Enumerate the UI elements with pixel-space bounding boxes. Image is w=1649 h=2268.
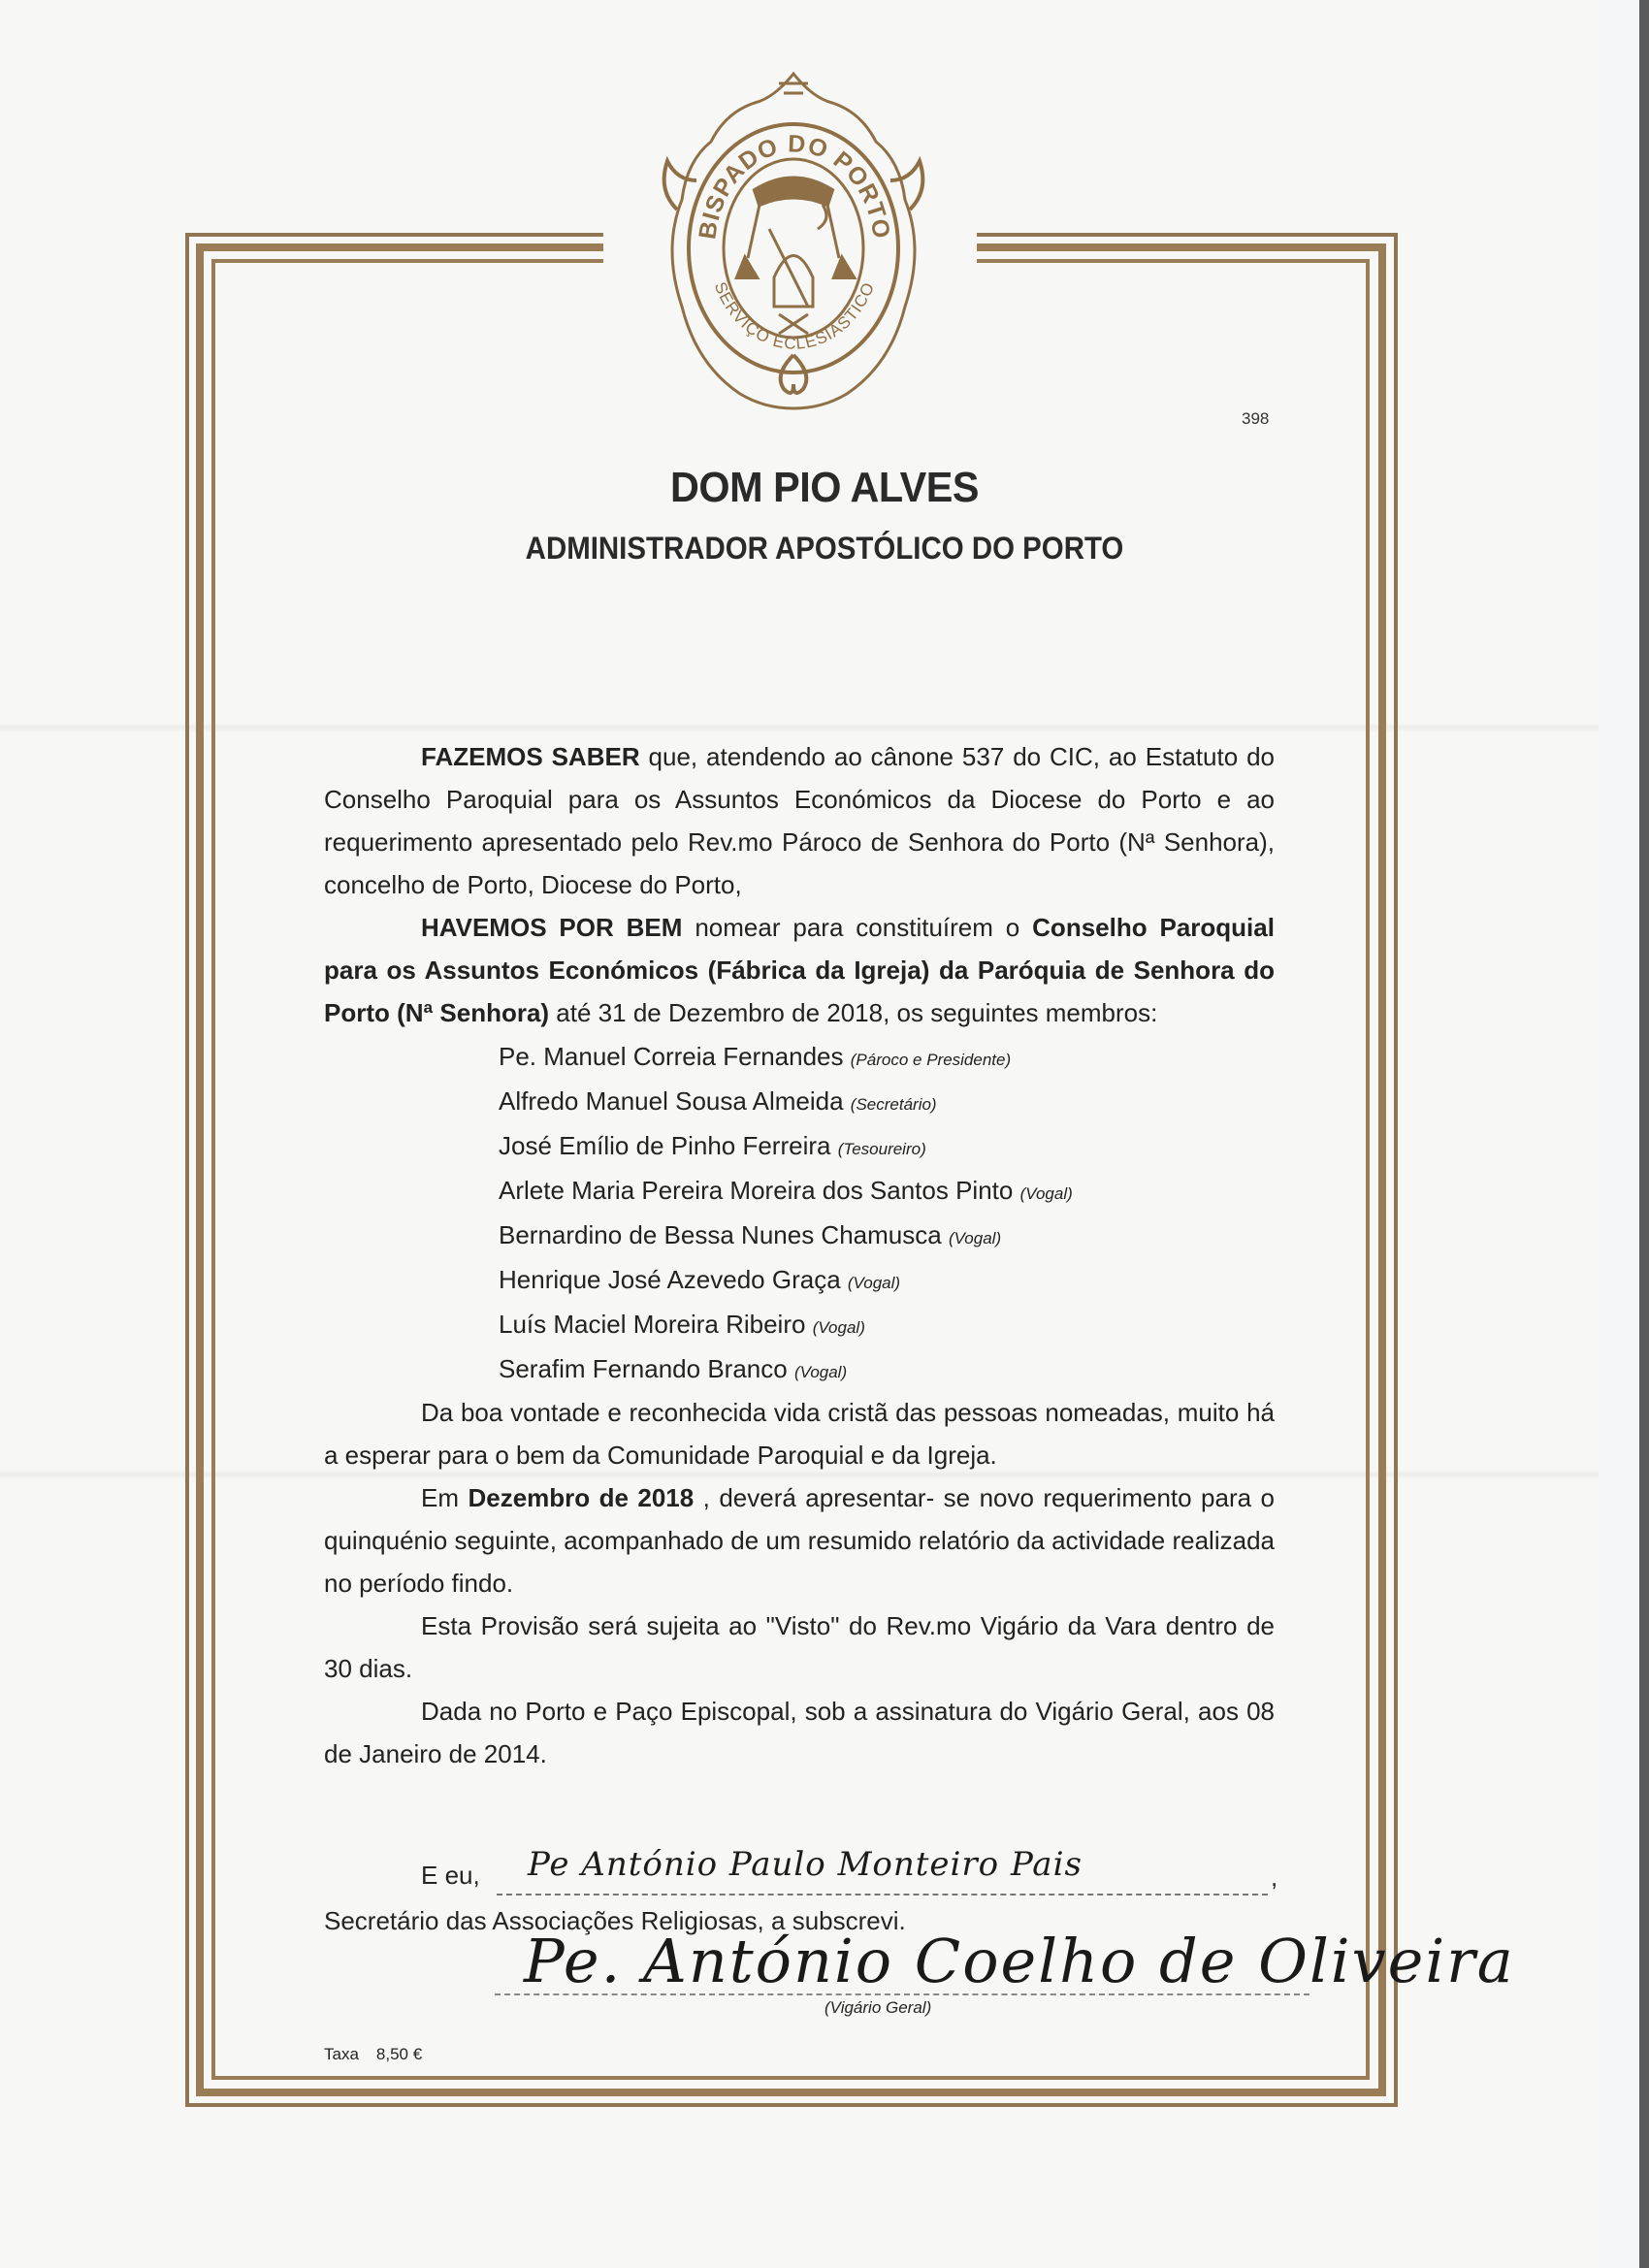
dotted-line	[497, 1894, 1268, 1895]
fee-label: Taxa	[324, 2045, 359, 2063]
document-number: 398	[1242, 409, 1269, 429]
secretary-handwritten-name: Pe António Paulo Monteiro Pais	[528, 1845, 1083, 1884]
fee: Taxa8,50 €	[324, 2045, 422, 2064]
member-item: Alfredo Manuel Sousa Almeida (Secretário…	[499, 1079, 1275, 1123]
document-subtitle: ADMINISTRADOR APOSTÓLICO DO PORTO	[66, 531, 1583, 567]
member-item: Arlete Maria Pereira Moreira dos Santos …	[499, 1168, 1275, 1213]
scan-dark-edge	[1639, 0, 1649, 2268]
paragraph-fazemos-saber: FAZEMOS SABER que, atendendo ao cânone 5…	[324, 735, 1275, 906]
members-list: Pe. Manuel Correia Fernandes (Pároco e P…	[499, 1034, 1275, 1391]
document-body: FAZEMOS SABER que, atendendo ao cânone 5…	[324, 735, 1275, 1775]
comma: ,	[1271, 1863, 1277, 1893]
diocese-crest-logo: BISPADO DO PORTO SERVIÇO ECLESIÁSTICO	[648, 64, 939, 413]
paragraph-boa-vontade: Da boa vontade e reconhecida vida cristã…	[324, 1391, 1275, 1476]
member-item: Pe. Manuel Correia Fernandes (Pároco e P…	[499, 1034, 1275, 1079]
vicar-general-label: (Vigário Geral)	[824, 1998, 931, 2018]
e-eu-label: E eu,	[421, 1861, 480, 1891]
member-item: José Emílio de Pinho Ferreira (Tesoureir…	[499, 1123, 1275, 1168]
svg-text:SERVIÇO ECLESIÁSTICO: SERVIÇO ECLESIÁSTICO	[711, 279, 879, 353]
paragraph-novo-requerimento: Em Dezembro de 2018 , deverá apresentar-…	[324, 1476, 1275, 1604]
dotted-line	[495, 1993, 1309, 1995]
member-item: Henrique José Azevedo Graça (Vogal)	[499, 1257, 1275, 1302]
member-item: Luís Maciel Moreira Ribeiro (Vogal)	[499, 1302, 1275, 1346]
secretary-signature-line: E eu, Pe António Paulo Monteiro Pais ,	[324, 1851, 1294, 1899]
fold-line	[0, 723, 1599, 732]
fee-value: 8,50 €	[376, 2045, 422, 2063]
scan-paper-edge	[1599, 0, 1639, 2268]
member-item: Bernardino de Bessa Nunes Chamusca (Voga…	[499, 1213, 1275, 1257]
paragraph-dada-no-porto: Dada no Porto e Paço Episcopal, sob a as…	[324, 1690, 1275, 1775]
vicar-general-signature: Pe. António Coelho de Oliveira	[524, 1926, 1515, 1996]
member-item: Serafim Fernando Branco (Vogal)	[499, 1346, 1275, 1391]
document-title: DOM PIO ALVES	[49, 464, 1600, 512]
paragraph-visto: Esta Provisão será sujeita ao "Visto" do…	[324, 1604, 1275, 1690]
paragraph-havemos-por-bem: HAVEMOS POR BEM nomear para constituírem…	[324, 906, 1275, 1034]
